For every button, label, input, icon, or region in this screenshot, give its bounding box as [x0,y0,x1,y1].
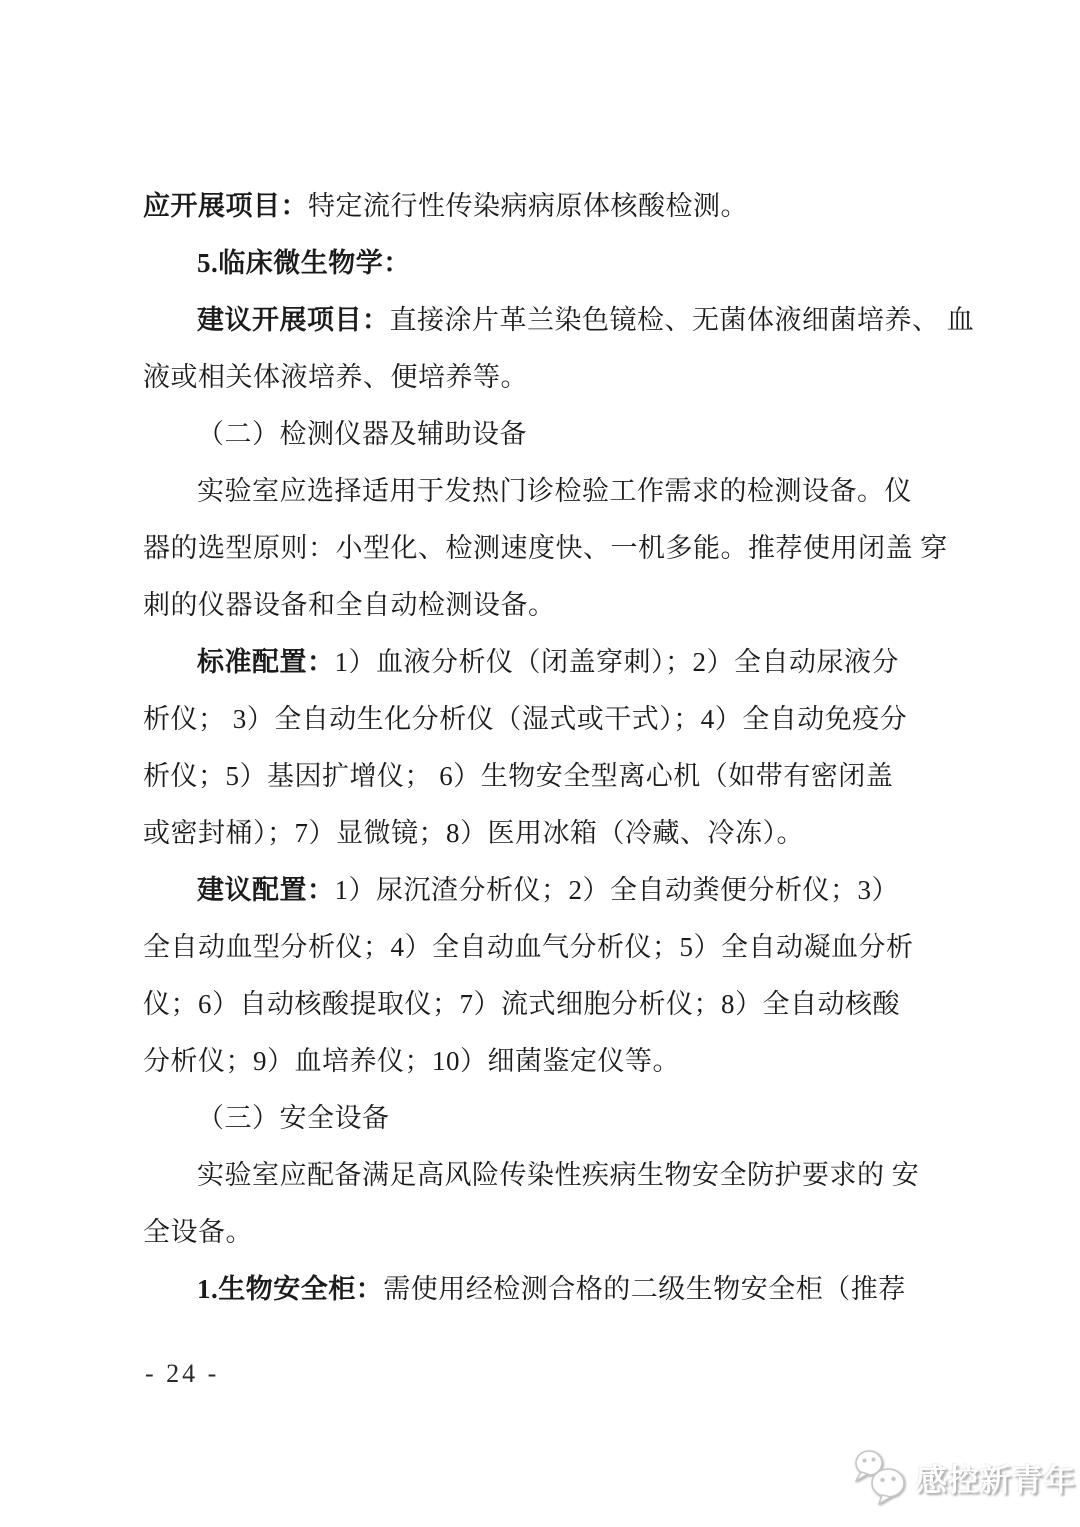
text-line: 液或相关体液培养、便培养等。 [143,349,955,406]
text-line: 刺的仪器设备和全自动检测设备。 [143,577,955,634]
text-line: 标准配置：1）血液分析仪（闭盖穿刺）；2）全自动尿液分 [143,634,955,691]
text-line-body: 1）尿沉渣分析仪；2）全自动粪便分析仪；3） [335,875,900,905]
text-line-body: （三）安全设备 [197,1103,390,1133]
text-line: （三）安全设备 [143,1090,955,1147]
text-line-lead: 标准配置： [197,647,335,677]
text-line: 全设备。 [143,1204,955,1261]
text-line-lead: 1.生物安全柜： [197,1274,383,1304]
text-line-lead: 建议配置： [197,875,335,905]
text-line-lead: 建议开展项目： [197,305,390,335]
text-line: 仪；6）自动核酸提取仪；7）流式细胞分析仪；8）全自动核酸 [143,976,955,1033]
text-line: 分析仪；9）血培养仪；10）细菌鉴定仪等。 [143,1033,955,1090]
text-line: 或密封桶）；7）显微镜；8）医用冰箱（冷藏、冷冻）。 [143,805,955,862]
text-line-body: 刺的仪器设备和全自动检测设备。 [143,590,556,620]
watermark-label: 感控新青年 [916,1455,1076,1500]
page-number: - 24 - [145,1352,219,1396]
text-line-lead: 应开展项目： [143,191,308,221]
text-line: 实验室应选择适用于发热门诊检验工作需求的检测设备。仪 [143,463,955,520]
text-line-body: 1）血液分析仪（闭盖穿刺）；2）全自动尿液分 [335,647,900,677]
text-line-body: 器的选型原则：小型化、检测速度快、一机多能。推荐使用闭盖 穿 [143,533,948,563]
text-line-body: 实验室应配备满足高风险传染性疾病生物安全防护要求的 安 [197,1160,919,1190]
text-line-body: 液或相关体液培养、便培养等。 [143,362,528,392]
text-line: （二）检测仪器及辅助设备 [143,406,955,463]
text-line: 全自动血型分析仪；4）全自动血气分析仪；5）全自动凝血分析 [143,919,955,976]
text-line-body: 全设备。 [143,1217,253,1247]
text-line-body: 全自动血型分析仪；4）全自动血气分析仪；5）全自动凝血分析 [143,932,914,962]
text-line: 器的选型原则：小型化、检测速度快、一机多能。推荐使用闭盖 穿 [143,520,955,577]
text-line-body: 或密封桶）；7）显微镜；8）医用冰箱（冷藏、冷冻）。 [143,818,804,848]
text-line-body: 仪；6）自动核酸提取仪；7）流式细胞分析仪；8）全自动核酸 [143,989,900,1019]
text-line: 应开展项目：特定流行性传染病病原体核酸检测。 [143,178,955,235]
text-line: 析仪； 3）全自动生化分析仪（湿式或干式）；4）全自动免疫分 [143,691,955,748]
text-line-body: 实验室应选择适用于发热门诊检验工作需求的检测设备。仪 [197,476,912,506]
text-line: 析仪；5）基因扩增仪； 6）生物安全型离心机（如带有密闭盖 [143,748,955,805]
text-line-body: 特定流行性传染病病原体核酸检测。 [308,191,748,221]
text-line-body: 析仪；5）基因扩增仪； 6）生物安全型离心机（如带有密闭盖 [143,761,893,791]
text-line-body: 析仪； 3）全自动生化分析仪（湿式或干式）；4）全自动免疫分 [143,704,907,734]
text-line-lead: 5.临床微生物学： [197,248,411,278]
text-line: 建议开展项目：直接涂片革兰染色镜检、无菌体液细菌培养、 血 [143,292,955,349]
document-page: 应开展项目：特定流行性传染病病原体核酸检测。5.临床微生物学：建议开展项目：直接… [0,0,1080,1527]
text-line: 建议配置：1）尿沉渣分析仪；2）全自动粪便分析仪；3） [143,862,955,919]
text-line: 5.临床微生物学： [143,235,955,292]
text-line-body: 直接涂片革兰染色镜检、无菌体液细菌培养、 血 [390,305,975,335]
text-line-body: 分析仪；9）血培养仪；10）细菌鉴定仪等。 [143,1046,680,1076]
text-line-body: 需使用经检测合格的二级生物安全柜（推荐 [383,1274,906,1304]
document-body: 应开展项目：特定流行性传染病病原体核酸检测。5.临床微生物学：建议开展项目：直接… [143,178,955,1318]
text-line-body: （二）检测仪器及辅助设备 [197,419,527,449]
watermark: 感控新青年 [852,1448,1076,1506]
text-line: 1.生物安全柜：需使用经检测合格的二级生物安全柜（推荐 [143,1261,955,1318]
text-line: 实验室应配备满足高风险传染性疾病生物安全防护要求的 安 [143,1147,955,1204]
wechat-icon [852,1448,908,1506]
